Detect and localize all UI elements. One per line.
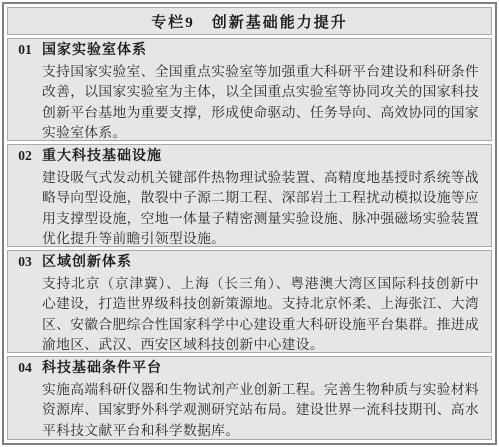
section-heading: 04 科技基础条件平台 (8, 358, 479, 380)
document-page: 专栏9 创新基础能力提升 01 国家实验室体系 支持国家实验室、全国重点实验室等… (0, 0, 499, 447)
section-04: 04 科技基础条件平台 实施高端科研仪器和生物试剂产业创新工程。完善生物种质与实… (7, 356, 492, 440)
panel-title: 专栏9 创新基础能力提升 (7, 7, 492, 35)
section-title: 科技基础条件平台 (42, 359, 162, 380)
section-body: 建设吸气式发动机关键部件热物理试验装置、高精度地基授时系统等战略导向型设施，散裂… (42, 168, 479, 248)
section-heading: 03 区域创新体系 (8, 252, 479, 274)
section-heading: 02 重大科技基础设施 (8, 146, 479, 168)
section-number: 01 (8, 40, 42, 61)
section-title: 重大科技基础设施 (42, 147, 162, 168)
section-body: 支持北京（京津冀）、上海（长三角）、粤港澳大湾区国际科技创新中心建设，打造世界级… (42, 274, 479, 354)
section-01: 01 国家实验室体系 支持国家实验室、全国重点实验室等加强重大科研平台建设和科研… (7, 38, 492, 141)
section-number: 04 (8, 358, 42, 379)
section-02: 02 重大科技基础设施 建设吸气式发动机关键部件热物理试验装置、高精度地基授时系… (7, 144, 492, 247)
section-number: 03 (8, 252, 42, 273)
column-box-panel: 专栏9 创新基础能力提升 01 国家实验室体系 支持国家实验室、全国重点实验室等… (2, 2, 497, 445)
section-03: 03 区域创新体系 支持北京（京津冀）、上海（长三角）、粤港澳大湾区国际科技创新… (7, 250, 492, 353)
section-body: 支持国家实验室、全国重点实验室等加强重大科研平台建设和科研条件改善，以国家实验室… (42, 62, 479, 142)
section-number: 02 (8, 146, 42, 167)
section-title: 区域创新体系 (42, 253, 132, 274)
section-heading: 01 国家实验室体系 (8, 40, 479, 62)
section-title: 国家实验室体系 (42, 41, 147, 62)
section-body: 实施高端科研仪器和生物试剂产业创新工程。完善生物种质与实验材料资源库、国家野外科… (42, 380, 479, 440)
